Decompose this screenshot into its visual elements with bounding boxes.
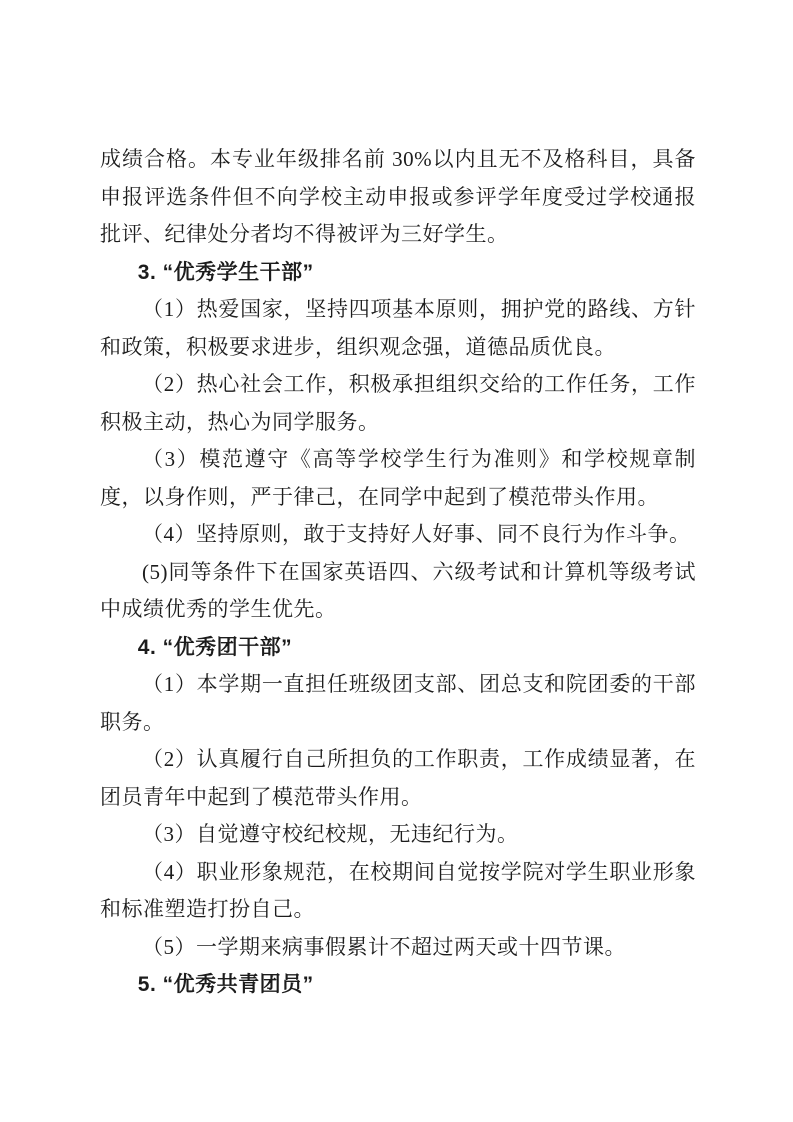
body-paragraph: （1）本学期一直担任班级团支部、团总支和院团委的干部职务。: [100, 666, 696, 741]
section-heading-4: 4. “优秀团干部”: [100, 629, 696, 667]
body-paragraph: （2）认真履行自己所担负的工作职责，工作成绩显著，在团员青年中起到了模范带头作用…: [100, 741, 696, 816]
body-paragraph: （1）热爱国家，坚持四项基本原则，拥护党的路线、方针和政策，积极要求进步，组织观…: [100, 291, 696, 366]
section-heading-3: 3. “优秀学生干部”: [100, 254, 696, 292]
body-paragraph: (5)同等条件下在国家英语四、六级考试和计算机等级考试中成绩优秀的学生优先。: [100, 554, 696, 629]
body-paragraph: 成绩合格。本专业年级排名前 30%以内且无不及格科目，具备申报评选条件但不向学校…: [100, 141, 696, 254]
body-paragraph: （4）坚持原则，敢于支持好人好事、同不良行为作斗争。: [100, 516, 696, 554]
body-paragraph: （5）一学期来病事假累计不超过两天或十四节课。: [100, 929, 696, 967]
body-paragraph: （3）模范遵守《高等学校学生行为准则》和学校规章制度，以身作则，严于律己，在同学…: [100, 441, 696, 516]
body-paragraph: （3）自觉遵守校纪校规，无违纪行为。: [100, 816, 696, 854]
document-page: 成绩合格。本专业年级排名前 30%以内且无不及格科目，具备申报评选条件但不向学校…: [0, 0, 793, 1122]
body-paragraph: （4）职业形象规范，在校期间自觉按学院对学生职业形象和标准塑造打扮自己。: [100, 854, 696, 929]
body-paragraph: （2）热心社会工作，积极承担组织交给的工作任务，工作积极主动，热心为同学服务。: [100, 366, 696, 441]
section-heading-5: 5. “优秀共青团员”: [100, 966, 696, 1004]
document-body: 成绩合格。本专业年级排名前 30%以内且无不及格科目，具备申报评选条件但不向学校…: [100, 141, 696, 1004]
